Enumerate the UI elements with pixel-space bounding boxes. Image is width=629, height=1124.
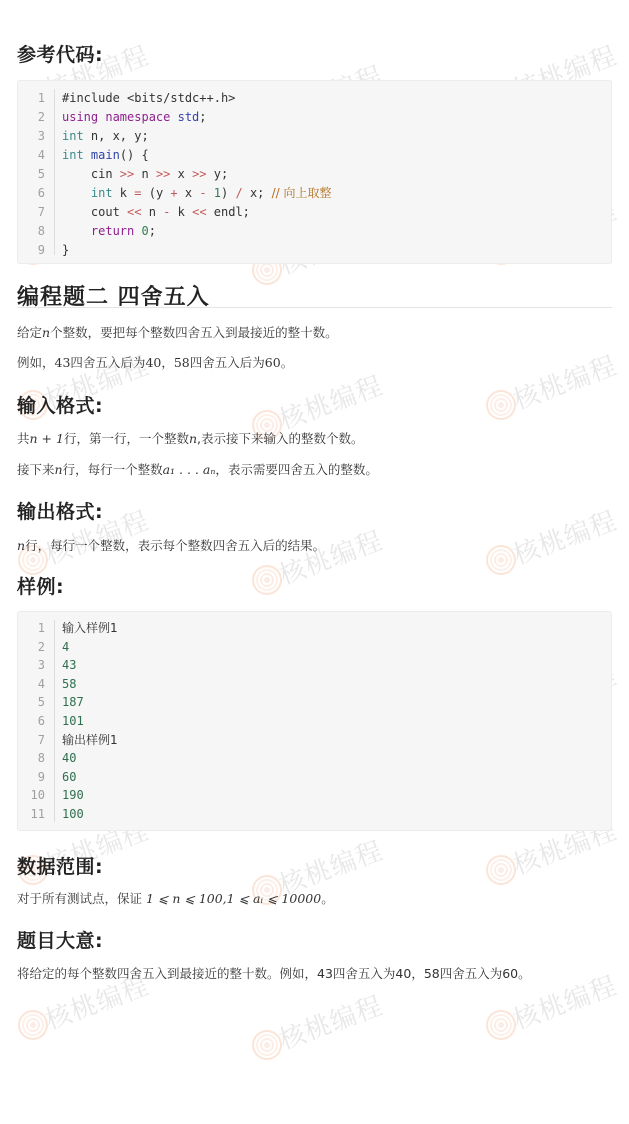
code-line: 8 return 0; bbox=[18, 222, 611, 241]
code-line: 4int main() { bbox=[18, 146, 611, 165]
line-number: 4 bbox=[18, 675, 45, 694]
code-token: ; bbox=[199, 110, 206, 124]
code-token: using namespace bbox=[62, 110, 178, 124]
code-token: >> bbox=[120, 167, 134, 181]
line-number: 9 bbox=[18, 241, 45, 260]
code-line: 1#include <bits/stdc++.h> bbox=[18, 89, 611, 108]
line-number: 2 bbox=[18, 108, 45, 127]
code-content: cin >> n >> x >> y; bbox=[62, 165, 228, 184]
input-format-line-1: 共n + 1行，第一行，一个整数n,表示接下来输入的整数个数。 bbox=[17, 429, 364, 447]
summary-line-1: 将给定的每个整数四舍五入到最接近的整十数。例如，43四舍五入为40，58四舍五入… bbox=[17, 964, 531, 982]
code-content: int n, x, y; bbox=[62, 127, 149, 146]
sample-line: 7输出样例1 bbox=[18, 731, 611, 750]
code-token: + bbox=[170, 186, 177, 200]
code-token: // 向上取整 bbox=[272, 186, 332, 200]
text: 。 bbox=[321, 891, 334, 906]
code-token: x bbox=[178, 186, 200, 200]
line-number: 10 bbox=[18, 786, 45, 805]
line-number: 7 bbox=[18, 731, 45, 750]
number: 58 bbox=[174, 355, 190, 370]
math-expr: 1 ⩽ n ⩽ 100,1 ⩽ aᵢ ⩽ 10000 bbox=[146, 891, 321, 906]
reference-code-heading: 参考代码: bbox=[17, 40, 103, 67]
code-token: << bbox=[192, 205, 206, 219]
sample-line: 5187 bbox=[18, 693, 611, 712]
text: 对于所有测试点，保证 bbox=[17, 891, 146, 906]
sample-line: 343 bbox=[18, 656, 611, 675]
code-token: = bbox=[134, 186, 141, 200]
code-token: / bbox=[235, 186, 242, 200]
line-number: 1 bbox=[18, 619, 45, 638]
math-expr: n + 1 bbox=[30, 431, 64, 446]
watermark-text: 核桃编程 bbox=[273, 365, 387, 437]
code-token: - bbox=[199, 186, 206, 200]
code-content: int main() { bbox=[62, 146, 149, 165]
walnut-logo-icon bbox=[486, 545, 516, 575]
sample-value: 100 bbox=[62, 805, 84, 824]
sample-value: 43 bbox=[62, 656, 76, 675]
code-token: cin bbox=[62, 167, 120, 181]
code-content: cout << n - k << endl; bbox=[62, 203, 250, 222]
code-token: return bbox=[62, 224, 134, 238]
sample-heading: 样例: bbox=[17, 572, 64, 599]
text: 接下来 bbox=[17, 462, 55, 477]
code-line: 2using namespace std; bbox=[18, 108, 611, 127]
code-token: ) bbox=[221, 186, 235, 200]
code-line: 3int n, x, y; bbox=[18, 127, 611, 146]
code-token: << bbox=[127, 205, 141, 219]
text: 行，每行一个整数 bbox=[63, 462, 163, 477]
code-token: main bbox=[91, 148, 120, 162]
text: 给定 bbox=[17, 325, 42, 340]
sample-value: 101 bbox=[62, 712, 84, 731]
text: 四舍五入后为 bbox=[70, 355, 145, 370]
line-number: 2 bbox=[18, 638, 45, 657]
problem-description-2: 例如，43四舍五入后为40，58四舍五入后为60。 bbox=[17, 353, 293, 371]
output-format-line-1: n行，每行一个整数，表示每个整数四舍五入后的结果。 bbox=[17, 536, 325, 554]
sample-line: 24 bbox=[18, 638, 611, 657]
watermark-text: 核桃编程 bbox=[507, 500, 621, 572]
code-token: cout bbox=[62, 205, 127, 219]
code-line: 7 cout << n - k << endl; bbox=[18, 203, 611, 222]
code-line: 5 cin >> n >> x >> y; bbox=[18, 165, 611, 184]
code-token: x; bbox=[243, 186, 272, 200]
code-token: ; bbox=[149, 224, 156, 238]
code-token: int bbox=[62, 148, 84, 162]
data-range-line-1: 对于所有测试点，保证 1 ⩽ n ⩽ 100,1 ⩽ aᵢ ⩽ 10000。 bbox=[17, 889, 334, 907]
sample-line: 11100 bbox=[18, 805, 611, 824]
sample-value: 4 bbox=[62, 638, 69, 657]
text: 个整数，要把每个整数四舍五入到最接近的整十数。 bbox=[50, 325, 338, 340]
line-number: 1 bbox=[18, 89, 45, 108]
walnut-logo-icon bbox=[486, 390, 516, 420]
reference-code-block: 1#include <bits/stdc++.h>2using namespac… bbox=[17, 80, 612, 264]
code-token: >> bbox=[156, 167, 170, 181]
sample-value: 190 bbox=[62, 786, 84, 805]
sample-value: 187 bbox=[62, 693, 84, 712]
title-divider bbox=[17, 307, 612, 308]
code-content: #include <bits/stdc++.h> bbox=[62, 89, 235, 108]
input-format-line-2: 接下来n行，每行一个整数a₁ . . . aₙ，表示需要四舍五入的整数。 bbox=[17, 460, 378, 478]
code-token: n bbox=[141, 205, 163, 219]
sample-block: 1输入样例124343458518761017输出样例1840960101901… bbox=[17, 611, 612, 831]
line-number: 4 bbox=[18, 146, 45, 165]
sample-label: 输入样例1 bbox=[62, 619, 118, 638]
code-token bbox=[207, 186, 214, 200]
watermark-text: 核桃编程 bbox=[273, 520, 387, 592]
code-token: std bbox=[178, 110, 200, 124]
text: ,表示接下来输入的整数个数。 bbox=[197, 431, 363, 446]
problem-description-1: 给定n个整数，要把每个整数四舍五入到最接近的整十数。 bbox=[17, 323, 338, 341]
math-expr: a₁ . . . aₙ bbox=[163, 462, 216, 477]
sample-line: 960 bbox=[18, 768, 611, 787]
sample-value: 60 bbox=[62, 768, 76, 787]
line-number: 5 bbox=[18, 693, 45, 712]
text: ，表示需要四舍五入的整数。 bbox=[215, 462, 378, 477]
text: ， bbox=[161, 355, 174, 370]
input-format-heading: 输入格式: bbox=[17, 391, 103, 418]
line-number: 6 bbox=[18, 184, 45, 203]
code-token: y; bbox=[207, 167, 229, 181]
walnut-logo-icon bbox=[18, 1010, 48, 1040]
number: 60 bbox=[265, 355, 281, 370]
code-token: k bbox=[113, 186, 135, 200]
text: 行，第一行，一个整数 bbox=[64, 431, 189, 446]
sample-value: 40 bbox=[62, 749, 76, 768]
document-page: 核桃编程核桃编程核桃编程核桃编程核桃编程核桃编程核桃编程核桃编程核桃编程核桃编程… bbox=[0, 0, 629, 1124]
sample-line: 1输入样例1 bbox=[18, 619, 611, 638]
number: 40 bbox=[145, 355, 161, 370]
text: 。 bbox=[281, 355, 294, 370]
line-number: 5 bbox=[18, 165, 45, 184]
sample-line: 6101 bbox=[18, 712, 611, 731]
code-token: } bbox=[62, 243, 69, 257]
text: 例如， bbox=[17, 355, 55, 370]
code-token: int bbox=[62, 129, 84, 143]
sample-label: 输出样例1 bbox=[62, 731, 118, 750]
sample-value: 58 bbox=[62, 675, 76, 694]
code-token bbox=[84, 148, 91, 162]
sample-line: 840 bbox=[18, 749, 611, 768]
code-content: return 0; bbox=[62, 222, 156, 241]
code-token: n, x, y; bbox=[84, 129, 149, 143]
code-token: k bbox=[170, 205, 192, 219]
text: 共 bbox=[17, 431, 30, 446]
text: 四舍五入后为 bbox=[190, 355, 265, 370]
sample-line: 10190 bbox=[18, 786, 611, 805]
math-var-n: n bbox=[42, 325, 50, 340]
line-number: 9 bbox=[18, 768, 45, 787]
walnut-logo-icon bbox=[486, 855, 516, 885]
line-number: 11 bbox=[18, 805, 45, 824]
watermark-text: 核桃编程 bbox=[507, 345, 621, 417]
code-token: 0 bbox=[141, 224, 148, 238]
line-number: 8 bbox=[18, 222, 45, 241]
code-token: >> bbox=[192, 167, 206, 181]
code-token: x bbox=[170, 167, 192, 181]
math-var-n: n bbox=[55, 462, 63, 477]
code-token: n bbox=[134, 167, 156, 181]
line-number: 7 bbox=[18, 203, 45, 222]
code-token: int bbox=[62, 186, 113, 200]
number: 43 bbox=[55, 355, 71, 370]
summary-heading: 题目大意: bbox=[17, 926, 103, 953]
code-token: endl; bbox=[207, 205, 250, 219]
code-content: using namespace std; bbox=[62, 108, 207, 127]
line-number: 6 bbox=[18, 712, 45, 731]
code-content: } bbox=[62, 241, 69, 260]
math-var-n: n bbox=[17, 538, 25, 553]
watermark-text: 核桃编程 bbox=[273, 985, 387, 1057]
line-number: 3 bbox=[18, 127, 45, 146]
code-content: int k = (y + x - 1) / x; // 向上取整 bbox=[62, 184, 332, 203]
math-var-n: n bbox=[189, 431, 197, 446]
code-line: 6 int k = (y + x - 1) / x; // 向上取整 bbox=[18, 184, 611, 203]
code-token: 1 bbox=[214, 186, 221, 200]
line-number: 8 bbox=[18, 749, 45, 768]
line-number: 3 bbox=[18, 656, 45, 675]
code-line: 9} bbox=[18, 241, 611, 260]
code-token: () { bbox=[120, 148, 149, 162]
data-range-heading: 数据范围: bbox=[17, 852, 103, 879]
text: 行，每行一个整数，表示每个整数四舍五入后的结果。 bbox=[25, 538, 325, 553]
walnut-logo-icon bbox=[252, 1030, 282, 1060]
code-token: (y bbox=[142, 186, 171, 200]
code-token: #include <bits/stdc++.h> bbox=[62, 91, 235, 105]
walnut-logo-icon bbox=[486, 1010, 516, 1040]
sample-line: 458 bbox=[18, 675, 611, 694]
walnut-logo-icon bbox=[252, 565, 282, 595]
output-format-heading: 输出格式: bbox=[17, 497, 103, 524]
